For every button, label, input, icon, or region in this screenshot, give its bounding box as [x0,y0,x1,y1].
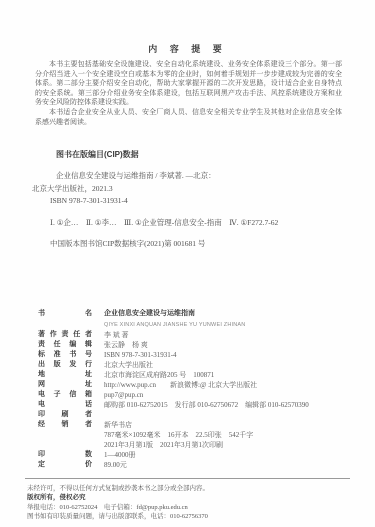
colophon-label: 地址 [38,370,92,380]
cip-header: 图书在版编目(CIP)数据 [32,149,345,160]
colophon-value: 89.00元 [92,460,350,470]
copyright-notice: 未经许可，不得以任何方式复制或抄袭本书之部分或全部内容。 版权所有，侵权必究 举… [27,484,350,522]
colophon-row-author: 著作责任者 李 斌 著 [38,330,350,340]
cip-classification-line: Ⅰ. ①企… Ⅱ. ①李… Ⅲ. ①企业管理-信息安全-指南 Ⅳ. ①F272.… [32,217,345,230]
colophon-label: 网址 [38,380,92,390]
book-title-chinese: 企业信息安全建设与运维指南 [104,310,195,317]
colophon-row-address: 地址 北京市海淀区成府路205 号 100871 [38,370,350,380]
colophon-row-isbn: 标准书号 ISBN 978-7-301-31931-4 [38,350,350,360]
colophon-row-publisher: 出版发行 北京大学出版社 [38,360,350,370]
quality-contact-line: 图书如有印装质量问题，请与出版部联系，电话：010-62756370 [27,512,350,522]
colophon-row-editor: 责任编辑 张云静 杨 爽 [38,340,350,350]
colophon-row-distributor: 经销者 新华书店 [38,420,350,430]
colophon-value: pup7@pup.cn [92,390,350,400]
content-summary: 本书主要包括基础安全设施建设、安全自动化系统建设、业务安全体系建设三个部分。第一… [35,60,342,127]
cip-record-number-line: 中国版本图书馆CIP数据核字(2021)第 001681 号 [32,238,345,251]
colophon-table: 书名 企业信息安全建设与运维指南 QIYE XINXI ANQUAN JIANS… [38,309,350,470]
cip-isbn-line: ISBN 978-7-301-31931-4 [32,195,345,208]
colophon-value: 李 斌 著 [92,330,350,340]
colophon-value: ISBN 978-7-301-31931-4 [92,350,350,360]
colophon-value: 2021年3月第1版 2021年3月第1次印刷 [92,440,350,450]
colophon-row-print-run: 印数 1—4000册 [38,450,350,460]
colophon-row-book-title: 书名 企业信息安全建设与运维指南 QIYE XINXI ANQUAN JIANS… [38,309,350,330]
colophon-value: 张云静 杨 爽 [92,340,350,350]
colophon-row-printer: 印刷者 [38,410,350,420]
cip-title-line: 企业信息安全建设与运维指南 / 李斌著. —北京： [32,170,345,183]
colophon-label: 定价 [38,460,92,470]
colophon-row-edition: 2021年3月第1版 2021年3月第1次印刷 [38,440,350,450]
no-copy-notice: 未经许可，不得以任何方式复制或抄袭本书之部分或全部内容。 [27,484,350,494]
rights-reserved-notice: 版权所有，侵权必究 [27,493,350,503]
book-title-pinyin: QIYE XINXI ANQUAN JIANSHE YU YUNWEI ZHIN… [104,320,350,330]
colophon-value: 787毫米×1092毫米 16开本 22.5印张 542千字 [92,430,350,440]
colophon-value: 北京大学出版社 [92,360,350,370]
colophon-label: 出版发行 [38,360,92,370]
colophon-label: 经销者 [38,420,92,430]
divider [25,478,350,479]
colophon-value: 新华书店 [92,420,350,430]
colophon-value: 邮购部 010-62752015 发行部 010-62750672 编辑部 01… [92,400,350,410]
colophon-value: 北京市海淀区成府路205 号 100871 [92,370,350,380]
content-summary-paragraph-1: 本书主要包括基础安全设施建设、安全自动化系统建设、业务安全体系建设三个部分。第一… [35,60,342,108]
report-contact-line: 举报电话：010-62752024 电子信箱：fd@pup.pku.edu.cn [27,503,350,513]
colophon-label: 著作责任者 [38,330,92,340]
colophon-row-format: 787毫米×1092毫米 16开本 22.5印张 542千字 [38,430,350,440]
colophon-label: 电话 [38,400,92,410]
colophon-row-email: 电子信箱 pup7@pup.cn [38,390,350,400]
colophon-label: 印数 [38,450,92,460]
cip-block: 图书在版编目(CIP)数据 企业信息安全建设与运维指南 / 李斌著. —北京： … [32,149,345,251]
cip-publisher-line: 北京大学出版社，2021.3 [32,183,345,196]
colophon-label: 电子信箱 [38,390,92,400]
colophon-label: 责任编辑 [38,340,92,350]
colophon-label: 标准书号 [38,350,92,360]
content-summary-paragraph-2: 本书适合企业安全从业人员、安全厂商人员、信息安全相关专业学生及其他对企业信息安全… [35,108,342,127]
colophon-value: http://www.pup.cn 新浪微博:@ 北京大学出版社 [92,380,350,390]
copyright-page: 内 容 提 要 本书主要包括基础安全设施建设、安全自动化系统建设、业务安全体系建… [0,0,375,527]
colophon-row-website: 网址 http://www.pup.cn 新浪微博:@ 北京大学出版社 [38,380,350,390]
colophon-value: 1—4000册 [92,450,350,460]
colophon-label: 印刷者 [38,410,92,420]
colophon-label: 书名 [38,309,92,319]
book-title-value: 企业信息安全建设与运维指南 QIYE XINXI ANQUAN JIANSHE … [92,309,350,330]
content-summary-title: 内 容 提 要 [0,42,375,55]
colophon-row-price: 定价 89.00元 [38,460,350,470]
colophon-row-phone: 电话 邮购部 010-62752015 发行部 010-62750672 编辑部… [38,400,350,410]
